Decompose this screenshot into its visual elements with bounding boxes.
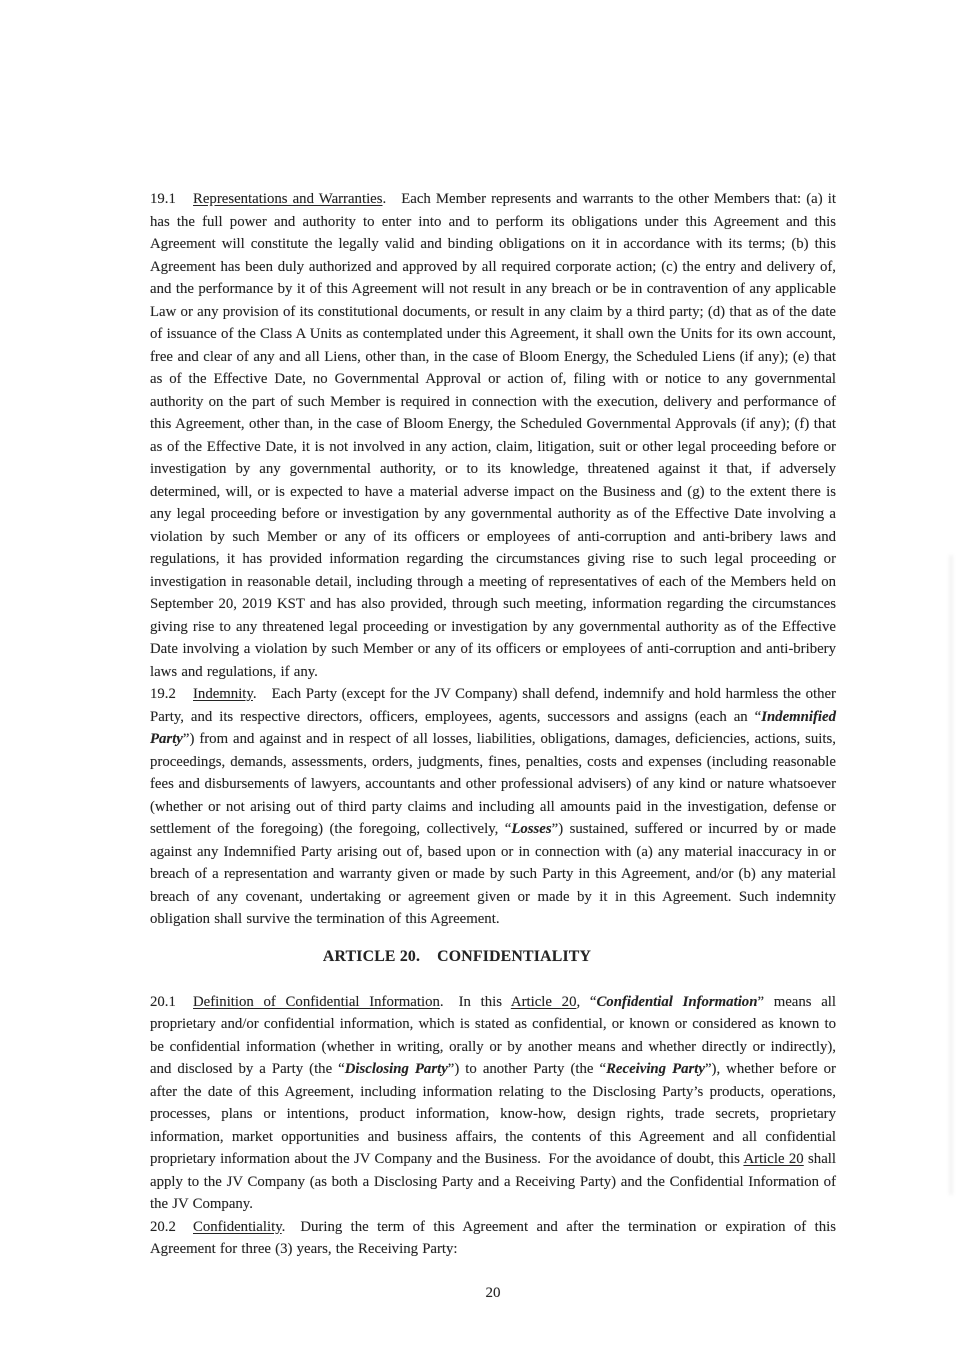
- section-heading: Confidentiality: [193, 1219, 282, 1235]
- defined-term-confidential-information: Confidential Information: [596, 994, 757, 1010]
- heading-period: .: [253, 686, 257, 702]
- article-number: ARTICLE 20.: [323, 948, 420, 965]
- defined-term-losses: Losses: [511, 821, 551, 837]
- section-number: 19.2: [150, 683, 193, 706]
- section-heading: Indemnity: [193, 686, 253, 702]
- document-content: 19.1Representations and Warranties.Each …: [150, 188, 836, 1302]
- section-number: 20.1: [150, 991, 193, 1014]
- section-heading: Representations and Warranties: [193, 191, 383, 207]
- section-heading: Definition of Confidential Information: [193, 994, 440, 1010]
- document-page: 19.1Representations and Warranties.Each …: [0, 0, 966, 1365]
- body-text-run: ”) to another Party (the “: [448, 1061, 606, 1077]
- cross-reference-article-20: Article 20: [511, 994, 577, 1010]
- page-number: 20: [150, 1285, 836, 1302]
- heading-period: .: [383, 191, 387, 207]
- scan-artifact: [949, 555, 953, 1195]
- defined-term-disclosing-party: Disclosing Party: [345, 1061, 448, 1077]
- section-20-2: 20.2Confidentiality.During the term of t…: [150, 1216, 836, 1261]
- article-20-heading: ARTICLE 20.CONFIDENTIALITY: [150, 946, 836, 968]
- section-20-1: 20.1Definition of Confidential Informati…: [150, 991, 836, 1216]
- section-number: 19.1: [150, 188, 193, 211]
- section-19-2: 19.2Indemnity.Each Party (except for the…: [150, 683, 836, 931]
- cross-reference-article-20: Article 20: [743, 1151, 803, 1167]
- section-body-text: Each Member represents and warrants to t…: [150, 191, 836, 680]
- section-number: 20.2: [150, 1216, 193, 1239]
- article-title: CONFIDENTIALITY: [437, 948, 591, 965]
- section-19-1: 19.1Representations and Warranties.Each …: [150, 188, 836, 683]
- heading-period: .: [440, 994, 444, 1010]
- heading-period: .: [282, 1219, 286, 1235]
- body-text-run: , “: [576, 994, 596, 1010]
- body-text-run: In this: [459, 994, 511, 1010]
- defined-term-receiving-party: Receiving Party: [606, 1061, 705, 1077]
